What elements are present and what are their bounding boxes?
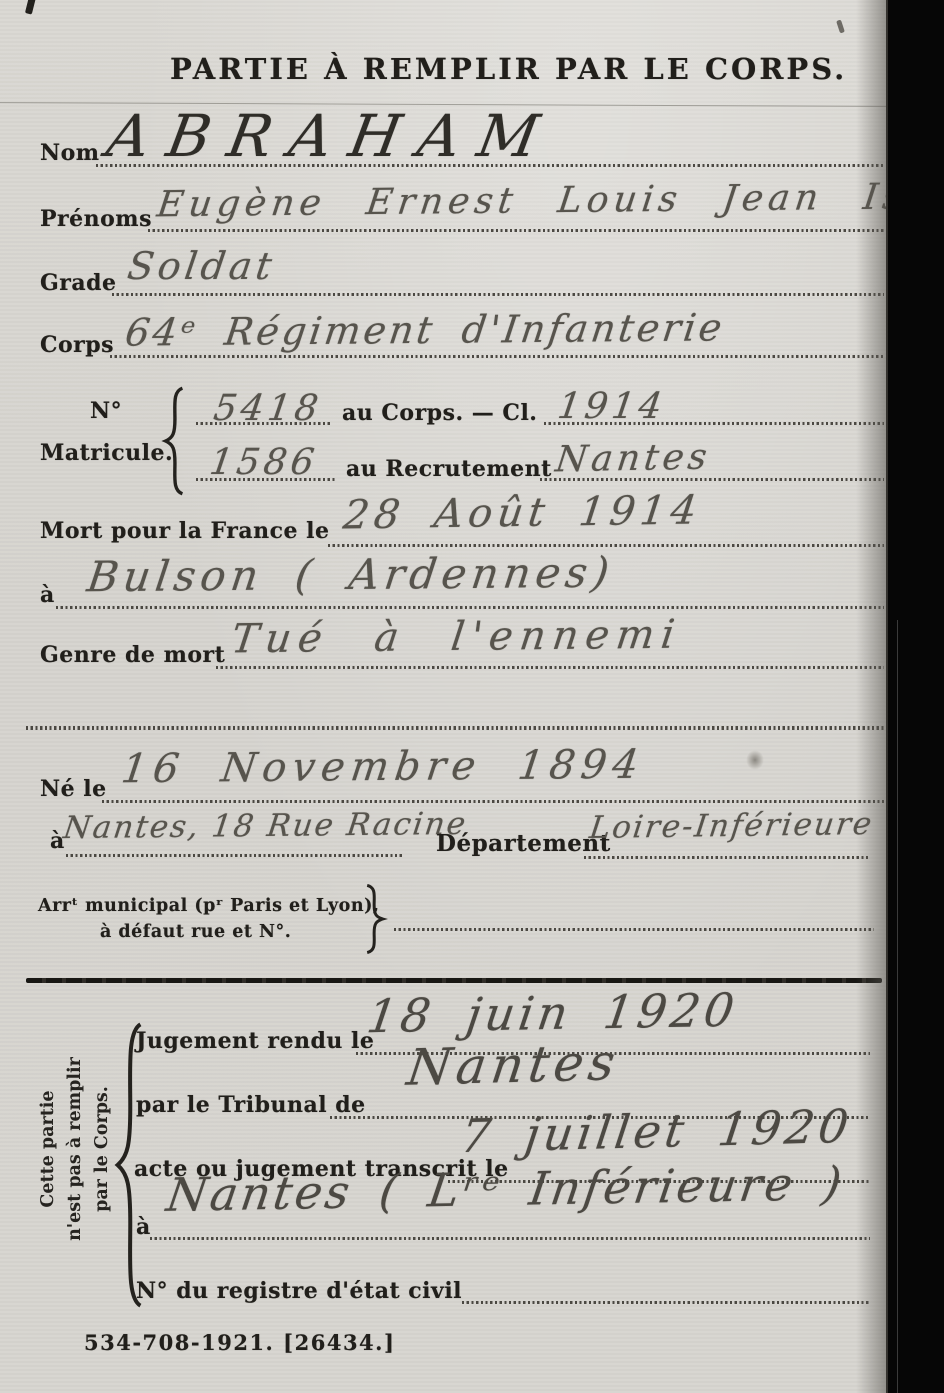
- field-value-grade: Soldat: [125, 244, 279, 288]
- field-value-matricule-recrutement: 1586: [207, 442, 320, 483]
- field-label-au-corps-cl: au Corps. — Cl.: [342, 400, 537, 426]
- field-value-transcription-lieu: Nantes ( Lʳᵉ Inférieure ): [163, 1156, 848, 1222]
- fill-line-lieu-recrutement: [540, 478, 884, 481]
- fill-line-mort: [328, 544, 884, 547]
- field-value-lieu-recrutement: Nantes: [553, 437, 713, 481]
- field-value-mort-lieu: Bulson ( Ardennes): [84, 548, 616, 602]
- fill-line-genre-mort: [216, 666, 884, 669]
- footer-reference: 534-708-1921. [26434.]: [84, 1330, 395, 1355]
- sidebar-note-line: Cette partie: [35, 1019, 62, 1279]
- field-label-ne-le: Né le: [40, 776, 107, 802]
- field-value-ne-le: 16 Novembre 1894: [119, 742, 647, 793]
- arrondissement-brace-icon: [362, 884, 388, 954]
- field-value-classe: 1914: [555, 386, 668, 427]
- sidebar-note-line: n'est pas à remplir: [62, 1019, 89, 1279]
- fill-line-ne-lieu: [66, 854, 404, 857]
- field-value-tribunal: Nantes: [404, 1033, 624, 1097]
- field-label-genre-mort: Genre de mort: [40, 642, 225, 668]
- scan-black-band: [886, 0, 944, 1393]
- fill-line-corps: [110, 355, 884, 358]
- field-label-arrondissement-2: à défaut rue et N°.: [100, 922, 291, 942]
- field-label-jugement: Jugement rendu le: [136, 1028, 374, 1054]
- paper-edge-shade: [856, 0, 886, 1393]
- fill-line-grade: [112, 293, 884, 296]
- fill-line-mort-lieu: [56, 606, 884, 609]
- scan-mark-small: [836, 20, 845, 34]
- paper-sheet: PARTIE À REMPLIR PAR LE CORPS. Nom ABRAH…: [0, 0, 886, 1393]
- field-label-mort: Mort pour la France le: [40, 518, 330, 544]
- section-separator: [26, 978, 882, 983]
- field-value-corps: 64ᵉ Régiment d'Infanterie: [123, 305, 728, 354]
- field-label-mort-lieu: à: [40, 582, 55, 608]
- field-label-tribunal: par le Tribunal de: [136, 1092, 366, 1118]
- field-label-matricule-no: N°: [90, 398, 122, 424]
- field-label-au-recrutement: au Recrutement: [346, 456, 552, 482]
- field-value-mort-date: 28 Août 1914: [341, 488, 704, 539]
- scanned-record-card: PARTIE À REMPLIR PAR LE CORPS. Nom ABRAH…: [0, 0, 944, 1393]
- scan-smudge: [746, 750, 764, 770]
- fill-line-registre: [462, 1301, 870, 1304]
- fill-line-ne-le: [102, 800, 884, 803]
- matricule-brace-icon: [160, 386, 188, 496]
- scan-edge-line: [897, 620, 898, 1393]
- field-label-nom: Nom: [40, 140, 100, 166]
- fill-line-transcription-lieu: [150, 1237, 870, 1240]
- fill-line-classe: [544, 422, 884, 425]
- field-value-prenoms: Eugène Ernest Louis Jean Isaac: [155, 176, 944, 226]
- field-label-matricule: Matricule.: [40, 440, 173, 466]
- field-label-prenoms: Prénoms: [40, 206, 152, 232]
- field-value-nom: ABRAHAM: [102, 102, 562, 170]
- field-label-grade: Grade: [40, 270, 117, 296]
- field-label-departement: Département: [436, 830, 611, 857]
- scan-mark-top: [25, 0, 36, 15]
- blank-rule: [26, 726, 884, 730]
- field-value-matricule-corps: 5418: [211, 388, 324, 429]
- field-label-transcription-lieu: à: [136, 1214, 151, 1240]
- page-title: PARTIE À REMPLIR PAR LE CORPS.: [170, 52, 847, 86]
- sidebar-note: Cette partie n'est pas à remplir par le …: [29, 1019, 121, 1279]
- fill-line-departement: [584, 856, 870, 859]
- field-value-ne-lieu: Nantes, 18 Rue Racine: [61, 806, 469, 846]
- field-value-transcription: 7 juillet 1920: [458, 1099, 856, 1163]
- field-value-departement: Loire-Inférieure: [587, 806, 875, 846]
- field-label-arrondissement-1: Arrᵗ municipal (pʳ Paris et Lyon),: [38, 896, 379, 916]
- field-value-genre-mort: Tué à l'ennemi: [229, 612, 684, 663]
- field-label-registre: N° du registre d'état civil: [136, 1278, 462, 1304]
- fill-line-prenoms: [148, 229, 884, 232]
- field-label-corps: Corps: [40, 332, 114, 358]
- fill-line-arrondissement: [394, 928, 874, 931]
